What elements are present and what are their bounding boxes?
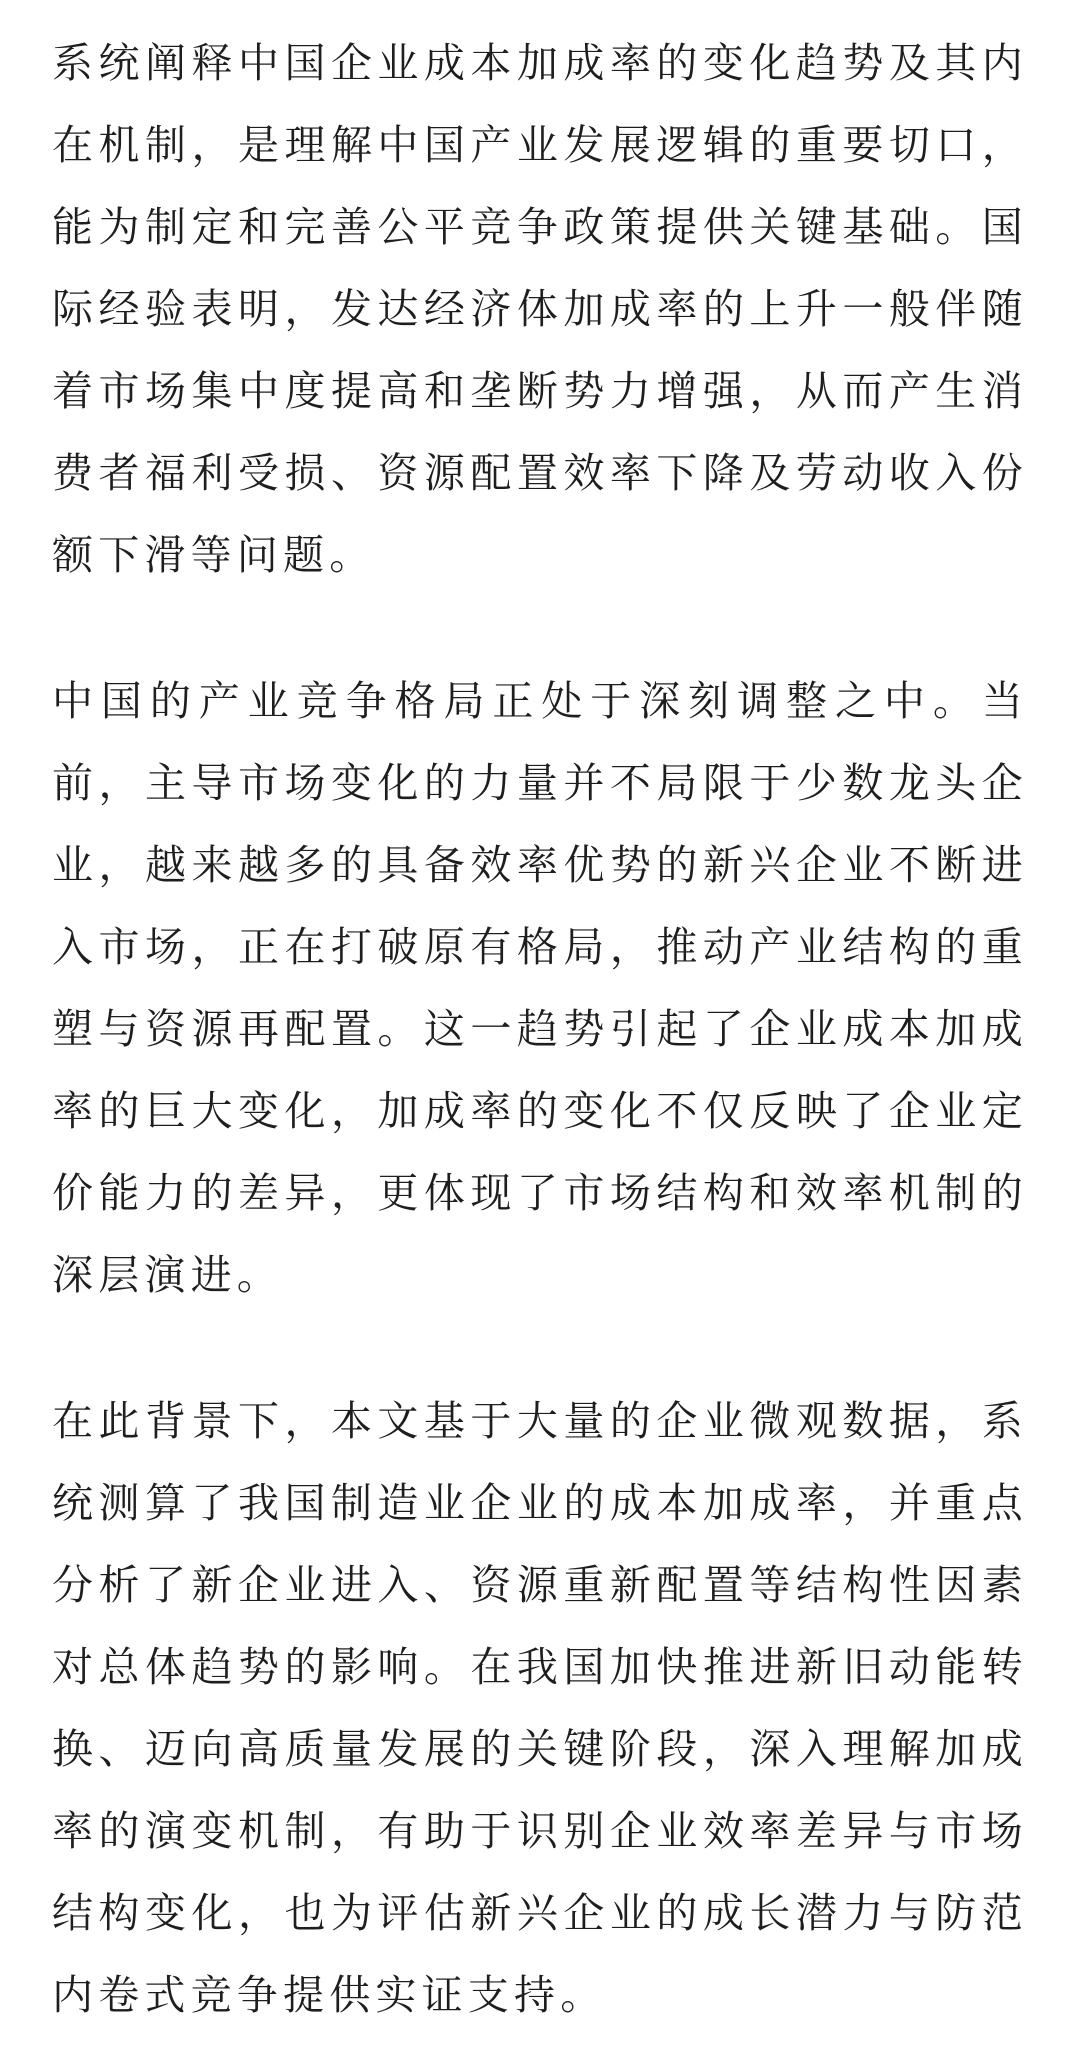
article-paragraph-3: 在此背景下，本文基于大量的企业微观数据，系统测算了我国制造业企业的成本加成率，并… [52, 1380, 1028, 2036]
article-paragraph-1: 系统阐释中国企业成本加成率的变化趋势及其内在机制，是理解中国产业发展逻辑的重要切… [52, 22, 1028, 596]
article-paragraph-2: 中国的产业竞争格局正处于深刻调整之中。当前，主导市场变化的力量并不局限于少数龙头… [52, 660, 1028, 1316]
article-page: 系统阐释中国企业成本加成率的变化趋势及其内在机制，是理解中国产业发展逻辑的重要切… [0, 0, 1080, 2048]
